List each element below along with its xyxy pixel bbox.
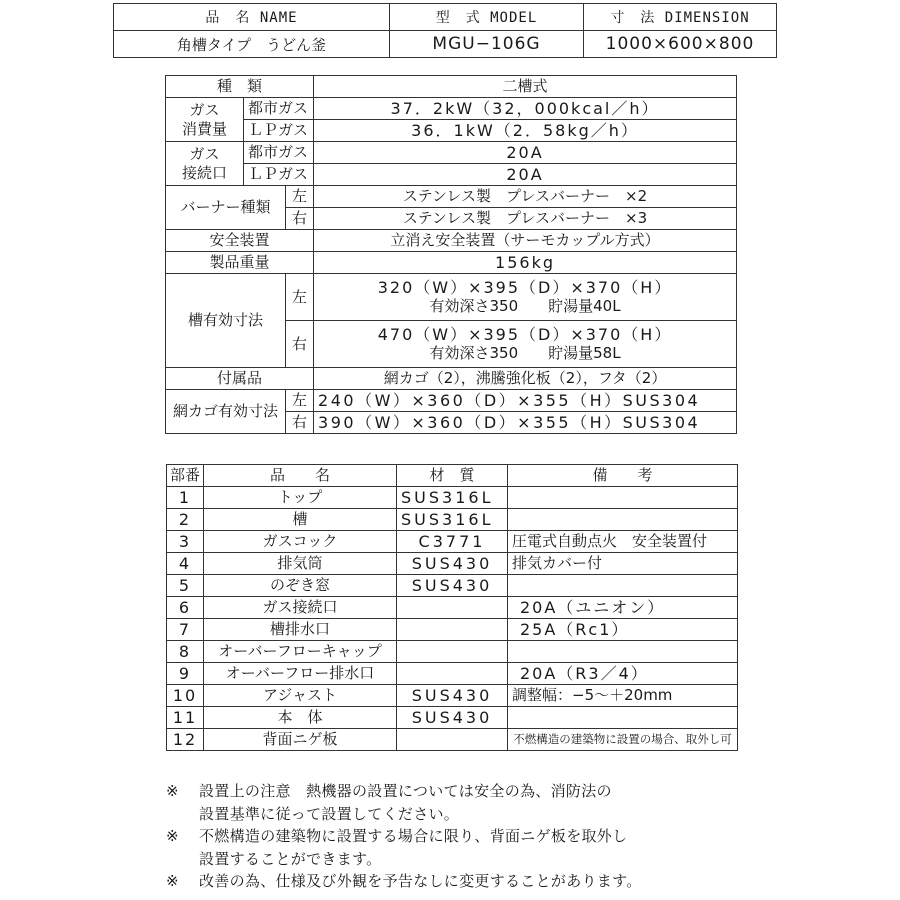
part-no: 9 (167, 663, 204, 685)
note-mark: ※ (166, 825, 199, 870)
tank-right-line1: 470（W）×395（D）×370（H） (314, 325, 736, 344)
parts-header-row: 部番 品 名 材 質 備 考 (167, 465, 738, 487)
spec-row-basket-left: 網カゴ有効寸法 左 240（W）×360（D）×355（H）SUS304 (166, 390, 737, 412)
part-remarks: 調整幅：−5〜＋20mm (508, 685, 738, 707)
note-text: 設置上の注意 熱機器の設置については安全の為、消防法の (199, 780, 612, 803)
material-header: 材 質 (397, 465, 508, 487)
part-name: アジャスト (204, 685, 397, 707)
right-label: 右 (286, 208, 314, 230)
note-mark: ※ (166, 780, 199, 825)
part-name: トップ (204, 487, 397, 509)
part-remarks: 20A（R3／4） (508, 663, 738, 685)
weight-label: 製品重量 (166, 252, 314, 274)
basket-left-value: 240（W）×360（D）×355（H）SUS304 (314, 390, 737, 412)
table-row: 6 ガス接続口 20A（ユニオン） (167, 597, 738, 619)
dimension-value: 1000×600×800 (584, 31, 777, 58)
tank-right-line2: 有効深さ350 貯湯量58L (314, 344, 736, 363)
part-name: 本 体 (204, 707, 397, 729)
specification-table: 種 類 二槽式 ガス 消費量 都市ガス 37．2kW（32，000kcal／h）… (165, 75, 737, 434)
spec-row-type: 種 類 二槽式 (166, 76, 737, 98)
consumption-lp-value: 36．1kW（2．58kg／h） (314, 120, 737, 142)
connection-lp-value: 20A (314, 164, 737, 186)
gas-connection-label-line1: ガス (166, 145, 243, 164)
part-remarks: 圧電式自動点火 安全装置付 (508, 531, 738, 553)
city-gas-label: 都市ガス (244, 98, 314, 120)
part-material (397, 729, 508, 751)
part-name: オーバーフロー排水口 (204, 663, 397, 685)
spec-row-tank-left: 槽有効寸法 左 320（W）×395（D）×370（H） 有効深さ350 貯湯量… (166, 274, 737, 321)
table-row: 9 オーバーフロー排水口 20A（R3／4） (167, 663, 738, 685)
part-remarks: 不燃構造の建築物に設置の場合、取外し可 (508, 729, 738, 751)
note-item: ※ 設置上の注意 熱機器の設置については安全の為、消防法の 設置基準に従って設置… (166, 780, 642, 825)
connection-city-value: 20A (314, 142, 737, 164)
left-label: 左 (286, 390, 314, 412)
part-name-header: 品 名 (204, 465, 397, 487)
lp-gas-label: ＬＰガス (244, 164, 314, 186)
spec-row-consumption-lp: ＬＰガス 36．1kW（2．58kg／h） (166, 120, 737, 142)
spec-row-connection-city: ガス 接続口 都市ガス 20A (166, 142, 737, 164)
table-row: 10 アジャスト SUS430 調整幅：−5〜＋20mm (167, 685, 738, 707)
part-remarks (508, 641, 738, 663)
note-item: ※ 不燃構造の建築物に設置する場合に限り、背面ニゲ板を取外し 設置することができ… (166, 825, 642, 870)
table-row: 11 本 体 SUS430 (167, 707, 738, 729)
part-material (397, 641, 508, 663)
gas-consumption-label-line2: 消費量 (166, 120, 243, 139)
consumption-city-value: 37．2kW（32，000kcal／h） (314, 98, 737, 120)
part-name: ガスコック (204, 531, 397, 553)
name-header: 品 名 NAME (114, 4, 390, 31)
part-material (397, 663, 508, 685)
summary-header-row: 品 名 NAME 型 式 MODEL 寸 法 DIMENSION (114, 4, 777, 31)
part-name: オーバーフローキャップ (204, 641, 397, 663)
part-remarks: 排気カバー付 (508, 553, 738, 575)
spec-row-safety: 安全装置 立消え安全装置（サーモカップル方式） (166, 230, 737, 252)
burner-left-value: ステンレス製 プレスバーナー ×2 (314, 186, 737, 208)
gas-connection-label: ガス 接続口 (166, 142, 244, 186)
part-no: 5 (167, 575, 204, 597)
spec-row-burner-left: バーナー種類 左 ステンレス製 プレスバーナー ×2 (166, 186, 737, 208)
part-no-header: 部番 (167, 465, 204, 487)
safety-value: 立消え安全装置（サーモカップル方式） (314, 230, 737, 252)
part-no: 12 (167, 729, 204, 751)
city-gas-label: 都市ガス (244, 142, 314, 164)
part-name: のぞき窓 (204, 575, 397, 597)
right-label: 右 (286, 321, 314, 368)
part-material: SUS430 (397, 685, 508, 707)
part-no: 2 (167, 509, 204, 531)
part-remarks (508, 575, 738, 597)
burner-right-value: ステンレス製 プレスバーナー ×3 (314, 208, 737, 230)
model-header: 型 式 MODEL (390, 4, 584, 31)
part-material: SUS316L (397, 487, 508, 509)
note-item: ※ 改善の為、仕様及び外観を予告なしに変更することがあります。 (166, 870, 642, 893)
spec-row-accessories: 付属品 網カゴ（2），沸騰強化板（2），フタ（2） (166, 368, 737, 390)
part-no: 11 (167, 707, 204, 729)
note-text: 改善の為、仕様及び外観を予告なしに変更することがあります。 (199, 870, 642, 893)
tank-dimension-label: 槽有効寸法 (166, 274, 286, 368)
spec-row-weight: 製品重量 156kg (166, 252, 737, 274)
part-remarks: 20A（ユニオン） (508, 597, 738, 619)
part-no: 4 (167, 553, 204, 575)
table-row: 2 槽 SUS316L (167, 509, 738, 531)
right-label: 右 (286, 412, 314, 434)
part-material (397, 597, 508, 619)
spec-row-connection-lp: ＬＰガス 20A (166, 164, 737, 186)
note-text: 設置基準に従って設置してください。 (199, 803, 612, 826)
gas-connection-label-line2: 接続口 (166, 164, 243, 183)
type-value: 二槽式 (314, 76, 737, 98)
part-remarks (508, 509, 738, 531)
part-material: SUS430 (397, 575, 508, 597)
note-mark: ※ (166, 870, 199, 893)
part-remarks: 25A（Rc1） (508, 619, 738, 641)
note-text: 設置することができます。 (199, 848, 627, 871)
tank-right-value: 470（W）×395（D）×370（H） 有効深さ350 貯湯量58L (314, 321, 737, 368)
table-row: 5 のぞき窓 SUS430 (167, 575, 738, 597)
table-row: 7 槽排水口 25A（Rc1） (167, 619, 738, 641)
type-label: 種 類 (166, 76, 314, 98)
part-no: 6 (167, 597, 204, 619)
summary-value-row: 角槽タイプ うどん釜 MGU−106G 1000×600×800 (114, 31, 777, 58)
basket-right-value: 390（W）×360（D）×355（H）SUS304 (314, 412, 737, 434)
dimension-header: 寸 法 DIMENSION (584, 4, 777, 31)
table-row: 8 オーバーフローキャップ (167, 641, 738, 663)
model-number: MGU−106G (390, 31, 584, 58)
left-label: 左 (286, 186, 314, 208)
table-row: 12 背面ニゲ板 不燃構造の建築物に設置の場合、取外し可 (167, 729, 738, 751)
product-summary-table: 品 名 NAME 型 式 MODEL 寸 法 DIMENSION 角槽タイプ う… (113, 3, 777, 58)
part-name: 排気筒 (204, 553, 397, 575)
part-name: 背面ニゲ板 (204, 729, 397, 751)
weight-value: 156kg (314, 252, 737, 274)
product-name: 角槽タイプ うどん釜 (114, 31, 390, 58)
gas-consumption-label: ガス 消費量 (166, 98, 244, 142)
part-material: SUS316L (397, 509, 508, 531)
lp-gas-label: ＬＰガス (244, 120, 314, 142)
part-remarks (508, 707, 738, 729)
part-material: SUS430 (397, 707, 508, 729)
part-no: 1 (167, 487, 204, 509)
left-label: 左 (286, 274, 314, 321)
part-name: 槽排水口 (204, 619, 397, 641)
basket-dimension-label: 網カゴ有効寸法 (166, 390, 286, 434)
accessories-label: 付属品 (166, 368, 314, 390)
table-row: 4 排気筒 SUS430 排気カバー付 (167, 553, 738, 575)
accessories-value: 網カゴ（2），沸騰強化板（2），フタ（2） (314, 368, 737, 390)
part-material: SUS430 (397, 553, 508, 575)
spec-row-consumption-city: ガス 消費量 都市ガス 37．2kW（32，000kcal／h） (166, 98, 737, 120)
table-row: 1 トップ SUS316L (167, 487, 738, 509)
part-no: 8 (167, 641, 204, 663)
tank-left-line2: 有効深さ350 貯湯量40L (314, 297, 736, 316)
part-no: 10 (167, 685, 204, 707)
table-row: 3 ガスコック C3771 圧電式自動点火 安全装置付 (167, 531, 738, 553)
part-no: 3 (167, 531, 204, 553)
safety-label: 安全装置 (166, 230, 314, 252)
gas-consumption-label-line1: ガス (166, 101, 243, 120)
part-material: C3771 (397, 531, 508, 553)
tank-left-line1: 320（W）×395（D）×370（H） (314, 278, 736, 297)
notes-section: ※ 設置上の注意 熱機器の設置については安全の為、消防法の 設置基準に従って設置… (166, 780, 642, 893)
part-remarks (508, 487, 738, 509)
remarks-header: 備 考 (508, 465, 738, 487)
parts-list-table: 部番 品 名 材 質 備 考 1 トップ SUS316L 2 槽 SUS316L… (166, 464, 738, 751)
note-text: 不燃構造の建築物に設置する場合に限り、背面ニゲ板を取外し (199, 825, 627, 848)
part-material (397, 619, 508, 641)
tank-left-value: 320（W）×395（D）×370（H） 有効深さ350 貯湯量40L (314, 274, 737, 321)
part-no: 7 (167, 619, 204, 641)
burner-label: バーナー種類 (166, 186, 286, 230)
part-name: ガス接続口 (204, 597, 397, 619)
part-name: 槽 (204, 509, 397, 531)
